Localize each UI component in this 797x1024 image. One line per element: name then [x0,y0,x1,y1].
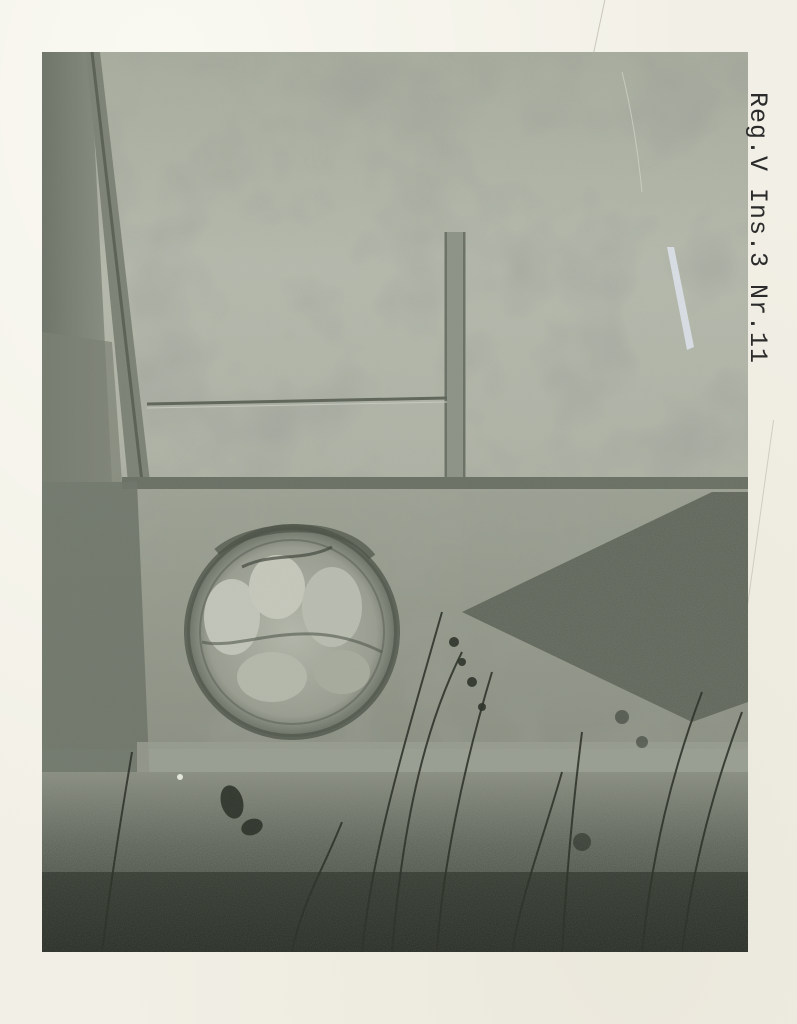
archive-reference-caption: Reg.V Ins.3 Nr.11 [742,92,772,492]
photo-scene [42,52,748,952]
archival-photograph [42,52,748,952]
paper-mount: Reg.V Ins.3 Nr.11 [0,0,797,1024]
paper-tear [592,0,636,60]
